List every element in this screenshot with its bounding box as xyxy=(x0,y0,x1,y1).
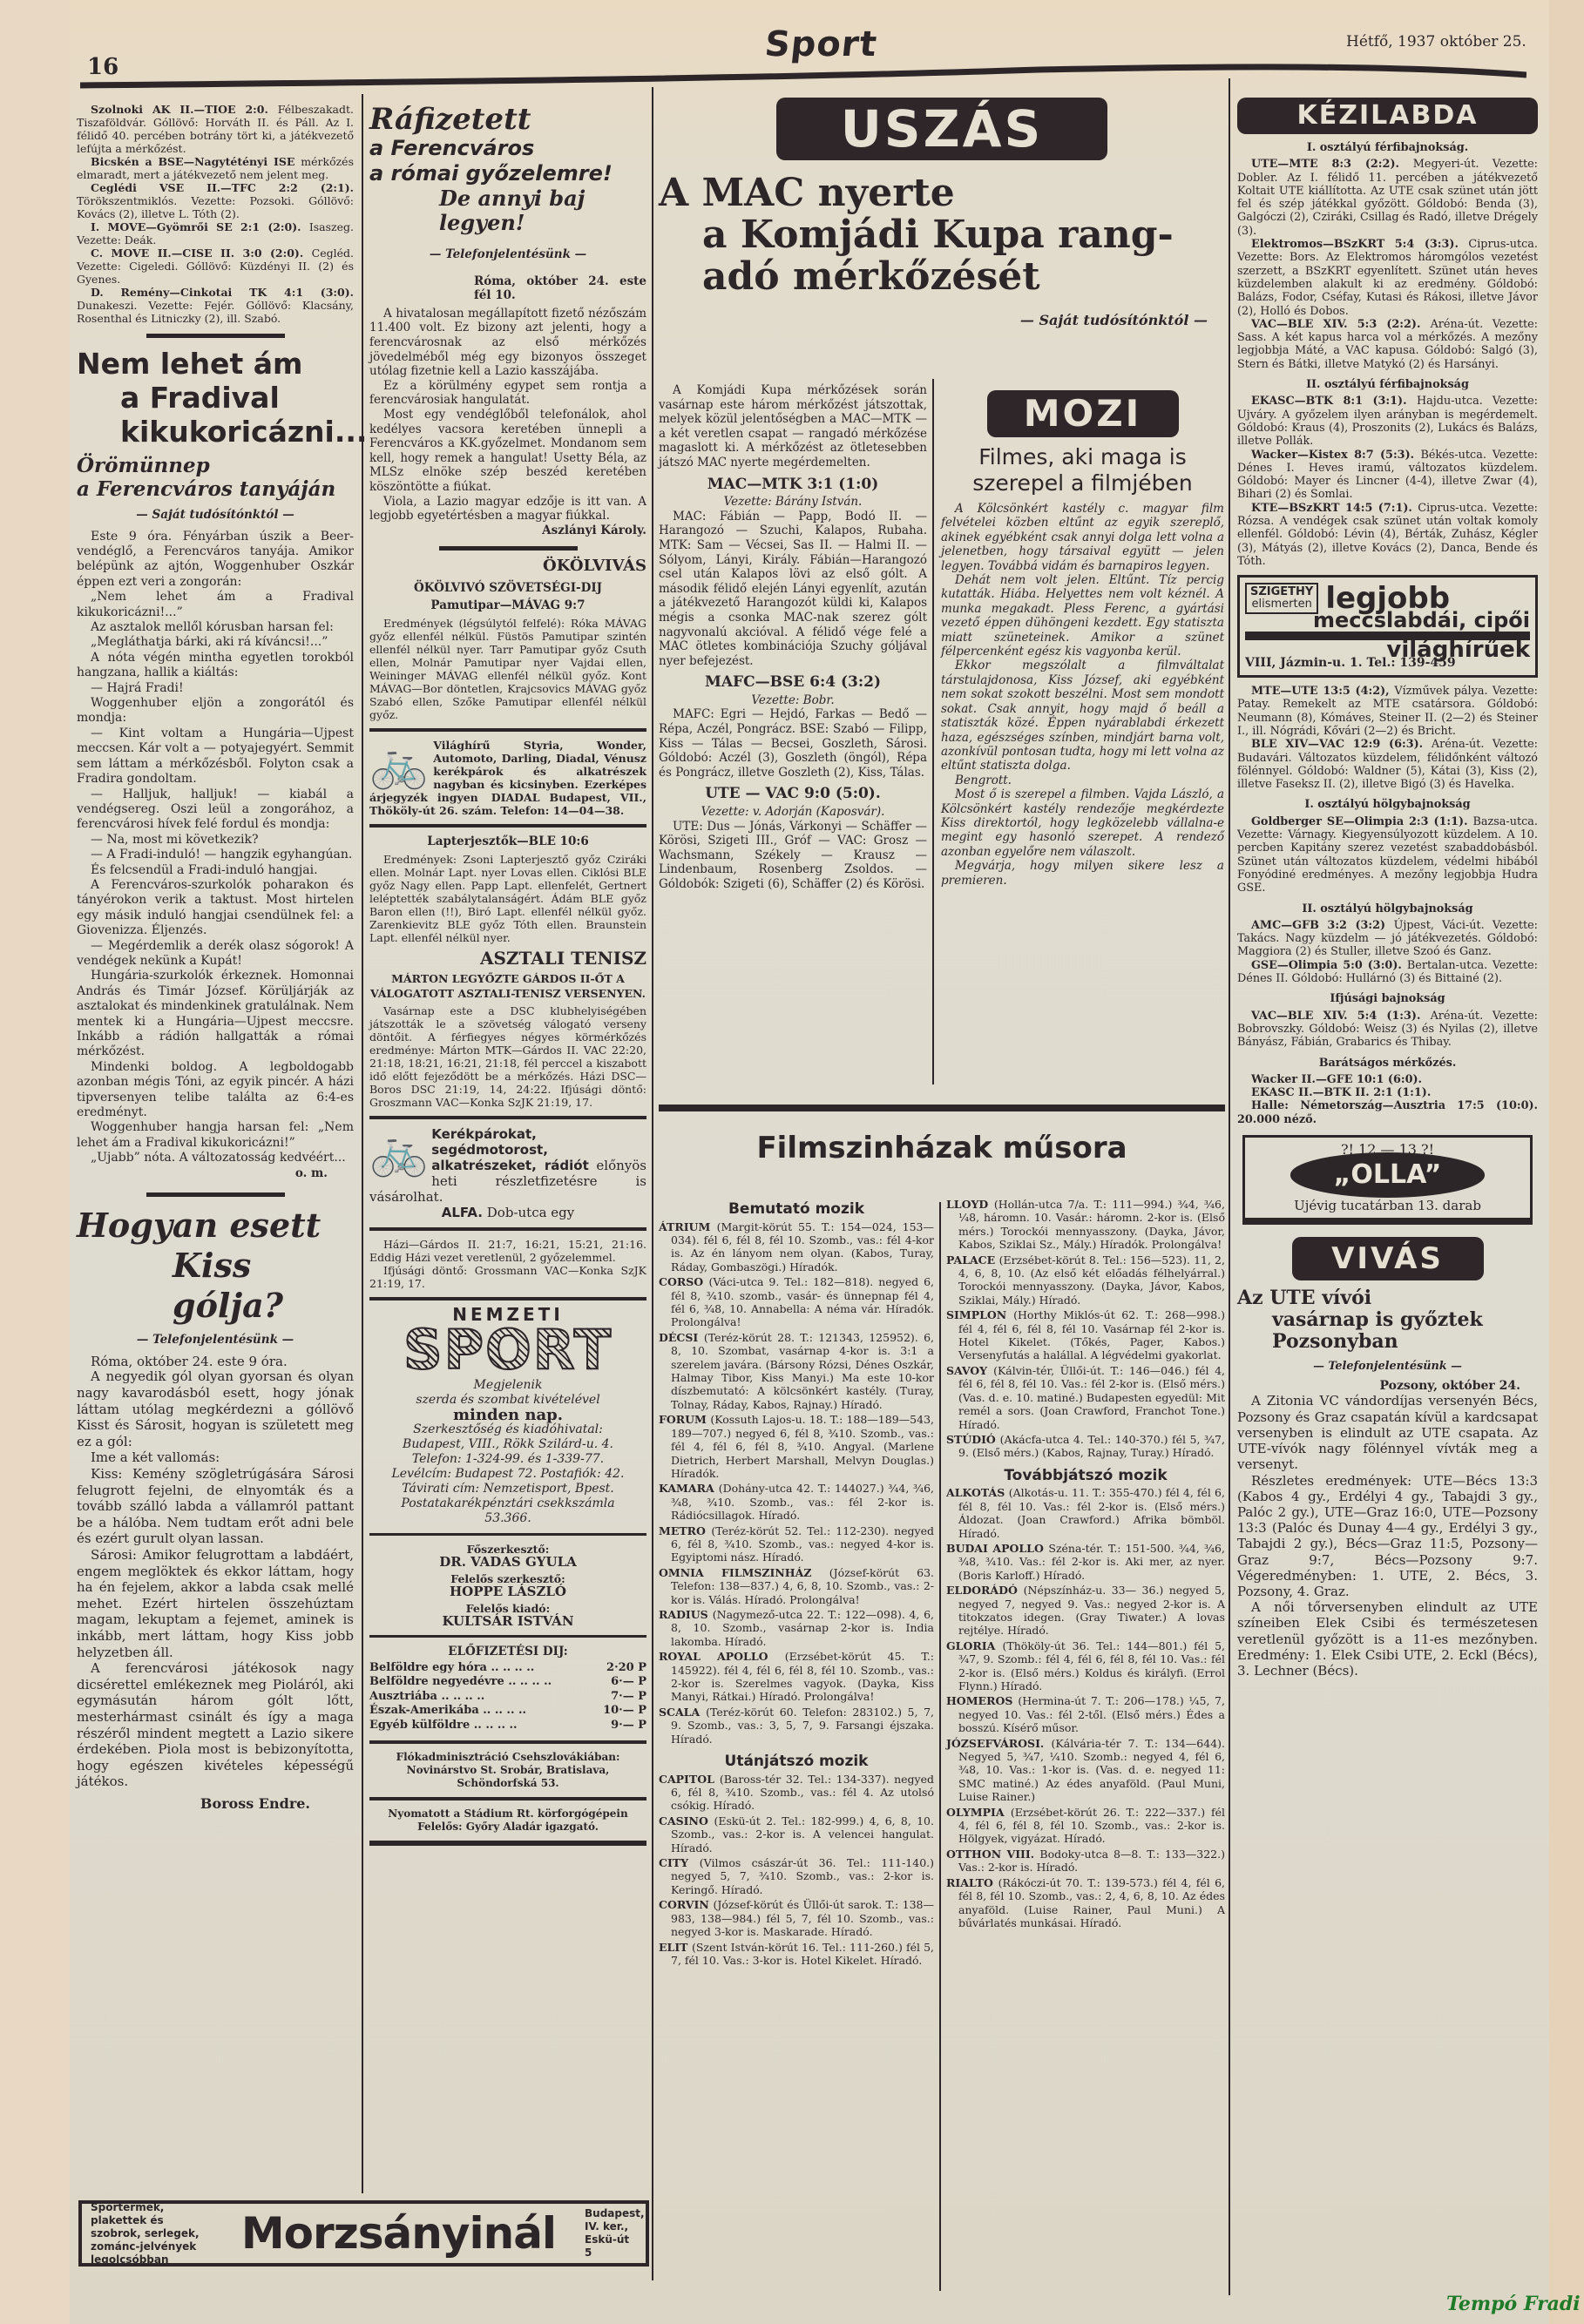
column-rule xyxy=(939,1202,941,2291)
staff-name: DR. VADAS GYULA xyxy=(369,1556,646,1569)
cinema-name: CORVIN xyxy=(659,1898,714,1911)
paragraph: A nóta végén mintha egyetlen torokból ha… xyxy=(77,651,354,681)
paragraph: Dehát nem volt jelen. Eltűnt. Tíz percig… xyxy=(941,573,1224,659)
imprint-line: Távirati cím: Nemzetisport, Bpest. xyxy=(369,1482,646,1496)
cinema-entry: OTTHON VIII. Bodoky-utca 8—8. T.: 133—32… xyxy=(946,1848,1225,1875)
cinema-name: PALACE xyxy=(946,1253,999,1267)
group-heading: I. osztályú férfibajnokság. xyxy=(1237,141,1538,154)
ad-text: meccslabdái, cipői xyxy=(1245,614,1530,627)
paragraph: Ime a két vallomás: xyxy=(77,1449,354,1466)
cinema-name: SCALA xyxy=(659,1706,706,1719)
cinema-name: RIALTO xyxy=(946,1876,998,1889)
paragraph: Ez a körülmény egypet sem rontja a feren… xyxy=(369,379,646,408)
cinema-name: DÉCSI xyxy=(659,1331,704,1344)
divider xyxy=(369,824,646,828)
result-item: Wacker II.—GFE 10:1 (6:0). xyxy=(1237,1073,1538,1086)
paragraph: „Megláthatja bárki, aki rá kíváncsi!...” xyxy=(77,635,354,650)
cinema-entry: METRO (Teréz-körút 52. Tel.: 112-230). n… xyxy=(659,1524,934,1564)
imprint-line: Levélcím: Budapest 72. Postafiók: 42. xyxy=(369,1467,646,1482)
ad-diadal-bicycles: 🚲 Világhírű Styria, Wonder, Automoto, Da… xyxy=(369,739,646,817)
subheading: Lapterjesztők—BLE 10:6 xyxy=(369,834,646,849)
cinema-entry: OMNIA FILMSZINHÁZ (József-körút 63. Tele… xyxy=(659,1566,934,1606)
divider xyxy=(439,546,578,551)
result-item: Ceglédi VSE II.—TFC 2:2 (2:1). Törökszen… xyxy=(77,181,354,220)
section-boxing: ÖKÖLVIVÁS ÖKÖLVIVÓ SZÖVETSÉGI-DIJ Pamuti… xyxy=(369,559,646,943)
cinema-name: SAVOY xyxy=(946,1364,993,1377)
paragraph: Házi—Gárdos II. 21:7, 16:21, 15:21, 21:1… xyxy=(369,1238,646,1264)
cinema-name: METRO xyxy=(659,1524,711,1537)
result-item: Elektromos—BSzKRT 5:4 (3:3). Ciprus-utca… xyxy=(1237,238,1538,318)
paragraph: Mindenki boldog. A legboldogabb azonban … xyxy=(77,1060,354,1121)
subscription-prices: Belföldre egy hóra .. .. .. ..2·20 PBelf… xyxy=(369,1661,646,1733)
cinema-name: SIMPLON xyxy=(946,1308,1013,1321)
ad-text: legjobb xyxy=(1325,592,1450,605)
cinema-entry: CAPITOL (Baross-tér 32. Tel.: 134-337). … xyxy=(659,1773,934,1813)
section-heading: ÖKÖLVIVÁS xyxy=(369,559,646,574)
price-label: Egyéb külföldre .. .. .. .. xyxy=(369,1719,518,1733)
result-head: I. MOVE—Gyömrői SE 2:1 (2:0). xyxy=(91,220,309,233)
price-value: 10·— P xyxy=(603,1704,646,1719)
result-item: UTE—MTE 8:3 (2:2). Megyeri-út. Vezette: … xyxy=(1237,158,1538,238)
headline-line: kikukoricázni... xyxy=(77,415,354,449)
signature: Boross Endre. xyxy=(77,1797,354,1812)
headline-line: Nem lehet ám xyxy=(77,347,354,381)
paragraph: Ifjúsági döntő: Grossmann VAC—Konka SzJK… xyxy=(369,1264,646,1290)
result-head: Ceglédi VSE II.—TFC 2:2 (2:1). xyxy=(91,181,354,194)
staff-name: HOPPE LÁSZLÓ xyxy=(369,1585,646,1598)
ad-brand: DIADAL xyxy=(491,791,540,804)
byline: — Telefonjelentésünk — xyxy=(1237,1360,1538,1373)
cinema-entry: SAVOY (Kálvin-tér, Üllői-út. T.: 146—046… xyxy=(946,1364,1225,1431)
section-cinema-feature: MOZI Filmes, aki maga is szerepel a film… xyxy=(941,383,1224,888)
paragraph: — Kint voltam a Hungária—Ujpest meccsen.… xyxy=(77,726,354,787)
paragraph: Viola, a Lazio magyar edzője is itt van.… xyxy=(369,495,646,524)
result-head: Wacker II.—GFE 10:1 (6:0). xyxy=(1251,1073,1422,1086)
paragraph: Hungária-szurkolók érkeznek. Homonnai An… xyxy=(77,969,354,1059)
cinema-entry: RADIUS (Nagymező-utca 22. T.: 122—098). … xyxy=(659,1608,934,1648)
ad-address: Budapest, IV. ker., Eskü-út 5 xyxy=(585,2207,637,2260)
ad-brand: Morzsányinál xyxy=(213,2208,585,2259)
result-item: C. MOVE II.—CISE II. 3:0 (2:0). Cegléd. … xyxy=(77,247,354,286)
group-heading: II. osztályú férfibajnokság xyxy=(1237,378,1538,391)
swimming-body: A Komjádi Kupa mérkőzések során vasárnap… xyxy=(659,383,927,892)
ad-olla: ?! 12 — 13 ?! „OLLA” Ujévig tucatárban 1… xyxy=(1242,1135,1533,1225)
match-heading: MAC—MTK 3:1 (1:0) xyxy=(659,477,927,492)
cinema-details: (Váci-utca 9. Tel.: 182—818). negyed 6, … xyxy=(671,1275,934,1328)
cinema-entry: RIALTO (Rákóczi-út 70. T.: 139-573.) fél… xyxy=(946,1876,1225,1930)
swimming-banner: USZÁS xyxy=(776,98,1107,160)
paragraph: A Zitonia VC vándordíjas versenyén Bécs,… xyxy=(1237,1393,1538,1472)
result-head: VAC—BLE XIV. 5:3 (2:2). xyxy=(1251,318,1431,331)
ad-text: világhírűek xyxy=(1245,644,1530,657)
divider xyxy=(369,1297,646,1300)
cinema-entry: LLOYD (Hollán-utca 7/a. T.: 111—994.) ¾4… xyxy=(946,1198,1225,1252)
result-item: EKASC—BTK 8:1 (3:1). Hajdu-utca. Vezette… xyxy=(1237,395,1538,448)
column-rule xyxy=(652,87,653,2280)
cinema-listing-title: Filmszinházak műsora xyxy=(659,1131,1225,1165)
cinema-details: (Kossuth Lajos-u. 18. T.: 188—189—543, 1… xyxy=(671,1413,934,1480)
cinema-name: GLORIA xyxy=(946,1639,1003,1652)
imprint-line: Szerkesztőség és kiadóhivatal: xyxy=(369,1422,646,1437)
paragraph: „Nem lehet ám a Fradival kikukoricázni!.… xyxy=(77,590,354,620)
paragraph: És felcsendül a Fradi-induló hangjai. xyxy=(77,863,354,878)
paragraph: Woggenhuber hangja harsan fel: „Nem lehe… xyxy=(77,1120,354,1151)
result-head: C. MOVE II.—CISE II. 3:0 (2:0). xyxy=(91,247,312,260)
match-report: MAFC: Egri — Hejdó, Farkas — Bedő — Répa… xyxy=(659,707,927,780)
paragraph: Sárosi: Amikor felugrottam a labdáért, e… xyxy=(77,1547,354,1660)
paragraph: — Halljuk, halljuk! — kiabál a vendégser… xyxy=(77,787,354,833)
paragraph: A hivatalosan megállapított fizető nézős… xyxy=(369,307,646,379)
cinema-details: (Teréz-körút 60. Telefon: 283102.) 5, 7,… xyxy=(671,1706,934,1746)
article-kiss-goal: Hogyan esett Kiss gólja? — Telefonjelent… xyxy=(77,1206,354,1811)
price-label: Észak-Amerikába .. .. .. .. xyxy=(369,1704,526,1719)
result-item: D. Remény—Cinkotai TK 4:1 (3:0). Dunakes… xyxy=(77,286,354,325)
result-head: VAC—BLE XIV. 5:4 (1:3). xyxy=(1251,1010,1431,1023)
paragraph: Halle: Németország—Ausztria 17:5 (10:0).… xyxy=(1237,1099,1538,1126)
cinema-details: (Teréz-körút 52. Tel.: 112-230). negyed … xyxy=(671,1524,934,1564)
cinema-entry: KAMARA (Dohány-utca 42. T.: 144027.) ¾4,… xyxy=(659,1482,934,1522)
bicycle-icon: 🚲 xyxy=(369,739,428,787)
price-row: Belföldre negyedévre .. .. .. ..6·— P xyxy=(369,1675,646,1690)
cinema-name: KAMARA xyxy=(659,1482,719,1495)
group-heading: I. osztályú hölgybajnokság xyxy=(1237,798,1538,811)
section-table-tennis: ASZTALI TENISZ MÁRTON LEGYŐZTE GÁRDOS II… xyxy=(369,951,646,1291)
divider xyxy=(369,728,646,732)
column-1: Szolnoki AK II.—TIOE 2:0. Félbeszakadt. … xyxy=(77,103,354,1811)
paragraph: Ekkor megszólalt a filmváltalat társtula… xyxy=(941,659,1224,773)
staff-list: Főszerkesztő:DR. VADAS GYULAFelelős szer… xyxy=(369,1543,646,1628)
divider xyxy=(369,1841,646,1846)
paragraph: Most ő is szerepel a filmben. Vajda Lász… xyxy=(941,787,1224,859)
byline: — Telefonjelentésünk — xyxy=(77,1333,354,1348)
subheading: MÁRTON LEGYŐZTE GÁRDOS II-ŐT A VÁLOGATOT… xyxy=(369,972,646,1001)
byline: — Saját tudósítónktól — xyxy=(77,508,354,523)
cinema-entry: CORSO (Váci-utca 9. Tel.: 182—818). negy… xyxy=(659,1275,934,1329)
cinema-entry: CASINO (Eskü-út 2. Tel.: 182-999.) 4, 6,… xyxy=(659,1814,934,1854)
result-item: BLE XIV—VAC 12:9 (6:3). Aréna-út. Vezett… xyxy=(1237,738,1538,791)
divider xyxy=(369,1635,646,1638)
cinema-name: LLOYD xyxy=(946,1198,994,1211)
article-body: Este 9 óra. Fényárban úszik a Beer-vendé… xyxy=(77,530,354,1166)
result-head: KTE—BSzKRT 14:5 (7:1). xyxy=(1251,502,1418,515)
cinema-name: CAPITOL xyxy=(659,1773,720,1786)
match-referee: Vezette: v. Adorján (Kaposvár). xyxy=(659,805,927,820)
cinema-name: OMNIA FILMSZINHÁZ xyxy=(659,1566,829,1579)
divider xyxy=(146,1192,285,1197)
paragraph: Eredmények: Zsoni Lapterjesztő győz Czir… xyxy=(369,853,646,944)
section-heading: ASZTALI TENISZ xyxy=(369,951,646,966)
branch-office: Flókadminisztráció Csehszlovákiában: Nov… xyxy=(369,1751,646,1790)
cinema-entry: ELDORÁDÓ (Népszínház-u. 33— 36.) negyed … xyxy=(946,1584,1225,1638)
subheadline-line: legyen! xyxy=(439,211,646,235)
group-heading: Barátságos mérkőzés. xyxy=(1237,1057,1538,1070)
group-heading: II. osztályú hölgybajnokság xyxy=(1237,902,1538,915)
cinema-listing-right: LLOYD (Hollán-utca 7/a. T.: 111—994.) ¾4… xyxy=(946,1198,1225,1931)
match-report: UTE: Dus — Jónás, Várkonyi — Schäffer — … xyxy=(659,820,927,892)
match-report: MAC: Fábián — Papp, Bodó II. — Harangozó… xyxy=(659,510,927,669)
result-head: UTE—MTE 8:3 (2:2). xyxy=(1251,158,1413,171)
group-heading: Ifjúsági bajnokság xyxy=(1237,992,1538,1005)
result-head: D. Remény—Cinkotai TK 4:1 (3:0). xyxy=(91,286,354,299)
subheadline-line: a Ferencváros tanyáján xyxy=(77,477,354,501)
ad-text: ?! 12 — 13 ?! xyxy=(1250,1143,1525,1156)
result-head: Szolnoki AK II.—TIOE 2:0. xyxy=(91,103,278,116)
page-edge xyxy=(1549,0,1584,2324)
cinema-details: (Vilmos császár-út 36. Tel.: 111-140.) n… xyxy=(671,1856,934,1896)
cinema-entry: CORVIN (József-körút és Üllői-út sarok. … xyxy=(659,1898,934,1938)
headline-line: Kiss gólja? xyxy=(77,1246,354,1326)
headline-line: vasárnap is győztek xyxy=(1237,1309,1538,1331)
column-rule xyxy=(932,379,934,1084)
nemzeti-sport-logo: NEMZETI SPORT xyxy=(369,1307,646,1378)
article-body: A Kölcsönkért kastély c. magyar film fel… xyxy=(941,502,1224,888)
header-rule xyxy=(80,63,1526,89)
article-body: A negyedik gól olyan gyorsan és olyan na… xyxy=(77,1368,354,1789)
fencing-headline: Az UTE vívói vasárnap is győztek Pozsony… xyxy=(1237,1287,1538,1353)
paragraph: — Megérdemlik a derék olasz sógorok! A v… xyxy=(77,939,354,969)
paragraph: Az asztalok mellől kórusban harsan fel: xyxy=(77,620,354,635)
paragraph: Bengrott. xyxy=(941,774,1224,787)
result-head: Goldberger SE—Olimpia 2:3 (1:1). xyxy=(1251,815,1472,828)
logo-main: SPORT xyxy=(369,1322,646,1378)
bicycle-icon: 🚲 xyxy=(369,1126,428,1177)
cinema-entry: OLYMPIA (Erzsébet-körút 26. T.: 222—337.… xyxy=(946,1806,1225,1846)
headline-line: A MAC nyerte xyxy=(659,172,1225,214)
price-value: 9·— P xyxy=(611,1719,646,1733)
headline-line: a római győzelemre! xyxy=(369,161,646,186)
byline: — Telefonjelentésünk — xyxy=(369,247,646,262)
cinema-name: OLYMPIA xyxy=(946,1806,1011,1819)
result-head: BLE XIV—VAC 12:9 (6:3). xyxy=(1251,738,1432,751)
result-text: Törökszentmiklós. Vezette: Pozsoki. Góll… xyxy=(77,194,354,220)
divider xyxy=(369,1116,646,1119)
match-heading: MAFC—BSE 6:4 (3:2) xyxy=(659,675,927,690)
imprint-info: Megjelenikszerda és szombat kivételévelm… xyxy=(369,1378,646,1526)
match-referee: Vezette: Bárány István. xyxy=(659,495,927,510)
cinema-name: CASINO xyxy=(659,1814,714,1827)
imprint-line: Budapest, VIII., Rökk Szilárd-u. 4. xyxy=(369,1437,646,1452)
cinema-entry: DÉCSI (Teréz-körút 28. T.: 121343, 12595… xyxy=(659,1331,934,1411)
price-label: Belföldre negyedévre .. .. .. .. xyxy=(369,1675,552,1690)
result-item: VAC—BLE XIV. 5:4 (1:3). Aréna-út. Vezett… xyxy=(1237,1010,1538,1050)
paragraph: A Ferencváros-szurkolók poharakon és tán… xyxy=(77,878,354,939)
column-5: KÉZILABDA I. osztályú férfibajnokság.UTE… xyxy=(1237,98,1538,1679)
paragraph: Vasárnap este a DSC klubhelyiségében ját… xyxy=(369,1004,646,1109)
listing-heading: Bemutató mozik xyxy=(659,1202,934,1217)
ad-address: Dob-utca egy xyxy=(487,1205,574,1220)
masthead-logo: Sport xyxy=(763,24,880,64)
result-head: EKASC—BTK 8:1 (3:1). xyxy=(1251,395,1417,408)
result-item: Goldberger SE—Olimpia 2:3 (1:1). Bazsa-u… xyxy=(1237,815,1538,895)
section-swimming: USZÁS A MAC nyerte a Komjádi Kupa rang- … xyxy=(659,98,1225,335)
article-fradi-celebration: Nem lehet ám a Fradival kikukoricázni...… xyxy=(77,347,354,1180)
swimming-headline: A MAC nyerte a Komjádi Kupa rang- adó mé… xyxy=(659,172,1225,298)
price-row: Ausztriába .. .. .. ..7·— P xyxy=(369,1690,646,1705)
cinema-entry: ALKOTÁS (Alkotás-u. 11. T.: 355-470.) fé… xyxy=(946,1486,1225,1540)
result-head: Wacker—Kistex 8:7 (5:3). xyxy=(1251,449,1420,462)
cinema-entry: STÚDIÓ (Akácfa-utca 4. Tel.: 140-370.) f… xyxy=(946,1433,1225,1460)
result-item: KTE—BSzKRT 14:5 (7:1). Ciprus-utca. Veze… xyxy=(1237,502,1538,568)
paragraph: Részletes eredmények: UTE—Bécs 13:3 (Kab… xyxy=(1237,1473,1538,1600)
paragraph: Woggenhuber eljön a zongorától és mondja… xyxy=(77,696,354,726)
result-item: EKASC II.—BTK II. 2:1 (1:1). xyxy=(1237,1086,1538,1099)
result-head: EKASC II.—BTK II. 2:1 (1:1). xyxy=(1251,1086,1431,1099)
headline-line: Ráfizetett xyxy=(369,103,646,136)
match-referee: Vezette: Bobr. xyxy=(659,693,927,708)
cinema-name: BUDAI APOLLO xyxy=(946,1542,1048,1555)
result-item: MTE—UTE 13:5 (4:2), Vízművek pálya. Veze… xyxy=(1237,685,1538,738)
paragraph: A ferencvárosi játékosok nagy dicsérette… xyxy=(77,1660,354,1790)
cinema-banner: MOZI xyxy=(987,390,1179,437)
paragraph: A női tőrversenyben elindult az UTE szín… xyxy=(1237,1599,1538,1679)
cinema-name: ALKOTÁS xyxy=(946,1486,1009,1499)
cinema-entry: BUDAI APOLLO Széna-tér. T.: 151-500. ¾4,… xyxy=(946,1542,1225,1582)
paragraph: Megvárja, hogy milyen sikere lesz a prem… xyxy=(941,859,1224,888)
cinema-entry: GLORIA (Thököly-út 36. Tel.: 144—801.) f… xyxy=(946,1639,1225,1693)
cinema-name: ELDORÁDÓ xyxy=(946,1584,1024,1597)
imprint-line: 53.366. xyxy=(369,1511,646,1526)
price-row: Belföldre egy hóra .. .. .. ..2·20 P xyxy=(369,1661,646,1676)
cinema-entry: FORUM (Kossuth Lajos-u. 18. T.: 188—189—… xyxy=(659,1413,934,1480)
cinema-name: JÓZSEFVÁROSI. xyxy=(946,1737,1052,1750)
paragraph: — A Fradi-induló! — hangzik egyhangúan. xyxy=(77,848,354,862)
article-body: A Zitonia VC vándordíjas versenyén Bécs,… xyxy=(1237,1393,1538,1679)
cinema-entry: CITY (Vilmos császár-út 36. Tel.: 111-14… xyxy=(659,1856,934,1896)
cinema-details: (Teréz-körút 28. T.: 121343, 125952). 6,… xyxy=(671,1331,934,1411)
result-item: Wacker—Kistex 8:7 (5:3). Békés-utca. Vez… xyxy=(1237,449,1538,502)
paragraph: Kiss: Kemény szögletrúgására Sárosi felu… xyxy=(77,1466,354,1547)
imprint-line: Postatakarékpénztári csekkszámla xyxy=(369,1496,646,1511)
fencing-banner: VIVÁS xyxy=(1292,1237,1484,1280)
result-item: GSE—Olimpia 5:0 (3:0). Bertalan-utca. Ve… xyxy=(1237,959,1538,986)
ad-text: Ujévig tucatárban 13. darab xyxy=(1250,1199,1525,1213)
paragraph: A Komjádi Kupa mérkőzések során vasárnap… xyxy=(659,383,927,470)
listing-heading: Utánjátszó mozik xyxy=(659,1754,934,1769)
result-head: GSE—Olimpia 5:0 (3:0). xyxy=(1251,959,1407,972)
result-item: Szolnoki AK II.—TIOE 2:0. Félbeszakadt. … xyxy=(77,103,354,155)
column-2: Ráfizetett a Ferencváros a római győzele… xyxy=(369,103,646,1853)
cinema-details: (Rákóczi-út 70. T.: 139-573.) fél 4, fél… xyxy=(958,1876,1225,1929)
ad-brand: SZIGETHY xyxy=(1250,586,1313,598)
imprint-line: Telefon: 1-324-99. és 1-339-77. xyxy=(369,1452,646,1467)
divider xyxy=(369,1740,646,1744)
price-value: 2·20 P xyxy=(606,1661,646,1676)
ad-bold-text: Kerékpárokat, segédmotorost, alkatrészek… xyxy=(431,1126,589,1173)
result-head: MTE—UTE 13:5 (4:2), xyxy=(1251,685,1394,698)
cinema-details: (Hollán-utca 7/a. T.: 111—994.) ¾4, ¾6, … xyxy=(958,1198,1225,1251)
paragraph: A Kölcsönkért kastély c. magyar film fel… xyxy=(941,502,1224,573)
cinema-listing: Filmszinházak műsora xyxy=(659,1105,1225,1165)
handball-results-more: MTE—UTE 13:5 (4:2), Vízművek pálya. Veze… xyxy=(1237,685,1538,791)
paragraph: — Hajrá Fradi! xyxy=(77,681,354,696)
subheading: ÖKÖLVIVÓ SZÖVETSÉGI-DIJ xyxy=(369,581,646,596)
column-rule xyxy=(362,94,363,2193)
cinema-name: RADIUS xyxy=(659,1608,713,1621)
ad-szigethy: SZIGETHY elismerten legjobb meccslabdái,… xyxy=(1237,575,1538,678)
match-heading: UTE — VAC 9:0 (5:0). xyxy=(659,787,927,801)
cinema-name: HOMEROS xyxy=(946,1694,1018,1707)
headline-line: a Ferencváros xyxy=(369,136,646,161)
headline-line: adó mérkőzését xyxy=(659,256,1225,298)
result-item: VAC—BLE XIV. 5:3 (2:2). Aréna-út. Vezett… xyxy=(1237,318,1538,371)
cinema-name: ÁTRIUM xyxy=(659,1220,717,1233)
subheadline-line: Örömünnep xyxy=(77,454,354,477)
cinema-entry: ELIT (Szent István-körút 16. Tel.: 111-2… xyxy=(659,1941,934,1968)
cinema-name: FORUM xyxy=(659,1413,710,1426)
handball-women-results: I. osztályú hölgybajnokságGoldberger SE—… xyxy=(1237,798,1538,1099)
ad-brand: ALFA. xyxy=(442,1205,483,1220)
ad-text: Sportérmek, plakettek és szobrok, serleg… xyxy=(91,2201,213,2267)
cinema-name: OTTHON VIII. xyxy=(946,1848,1039,1861)
cinema-name: ELIT xyxy=(659,1941,692,1954)
handball-results: I. osztályú férfibajnokság.UTE—MTE 8:3 (… xyxy=(1237,141,1538,568)
ad-morzsanyi: Sportérmek, plakettek és szobrok, serleg… xyxy=(78,2200,649,2267)
ad-brand: „OLLA” xyxy=(1299,1161,1477,1188)
result-text: Dunakeszi. Vezette: Fejér. Góllövő: Klac… xyxy=(77,299,354,325)
headline-line: Pozsonyban xyxy=(1237,1331,1538,1353)
cinema-details: (Kálvin-tér, Üllői-út. T.: 146—046.) fél… xyxy=(958,1364,1225,1431)
listing-heading: Továbbjátszó mozik xyxy=(946,1469,1225,1483)
watermark: Tempó Fradi xyxy=(1446,2293,1581,2315)
headline-line: Filmes, aki maga is xyxy=(941,444,1224,470)
price-label: Belföldre egy hóra .. .. .. .. xyxy=(369,1661,534,1676)
cinema-entry: SCALA (Teréz-körút 60. Telefon: 283102.)… xyxy=(659,1706,934,1746)
subheadline-line: De annyi baj xyxy=(439,186,646,211)
paragraph: Este 9 óra. Fényárban úszik a Beer-vendé… xyxy=(77,530,354,591)
signature: o. m. xyxy=(77,1166,354,1181)
article-ferencvaros-paid: Ráfizetett a Ferencváros a római győzele… xyxy=(369,103,646,537)
ad-alfa: 🚲 Kerékpárokat, segédmotorost, alkatrész… xyxy=(369,1126,646,1220)
headline-line: Az UTE vívói xyxy=(1237,1287,1538,1309)
result-item: AMC—GFB 3:2 (3:2) Újpest, Váci-út. Vezet… xyxy=(1237,919,1538,959)
price-row: Egyéb külföldre .. .. .. ..9·— P xyxy=(369,1719,646,1733)
price-value: 6·— P xyxy=(611,1675,646,1690)
cinema-name: CITY xyxy=(659,1856,700,1869)
subscription-title: ELŐFIZETÉSI DIJ: xyxy=(369,1645,646,1659)
result-item: I. MOVE—Gyömrői SE 2:1 (2:0). Isaszeg. V… xyxy=(77,220,354,247)
headline-line: Hogyan esett xyxy=(77,1206,354,1246)
imprint-line: minden nap. xyxy=(369,1408,646,1422)
paragraph: Most egy vendéglőből telefonálok, ahol k… xyxy=(369,408,646,495)
paragraph: Eredmények (légsúlytól felfelé): Róka MÁ… xyxy=(369,617,646,721)
dateline: Róma, október 24. este fél 10. xyxy=(369,274,646,303)
cinema-name: STÚDIÓ xyxy=(946,1433,1000,1446)
divider xyxy=(369,1227,646,1231)
imprint-box: NEMZETI SPORT Megjelenikszerda és szomba… xyxy=(369,1307,646,1845)
cinema-details: (Erzsébet-körút 8. Tel.: 156—523). 11, 2… xyxy=(958,1253,1225,1307)
issue-date: Hétfő, 1937 október 25. xyxy=(1346,33,1526,51)
cinema-entry: JÓZSEFVÁROSI. (Kálvária-tér 7. T.: 134—6… xyxy=(946,1737,1225,1804)
cinema-listing-left: Bemutató mozikÁTRIUM (Margit-körút 55. T… xyxy=(659,1193,934,1969)
cinema-entry: ÁTRIUM (Margit-körút 55. T.: 154—024, 15… xyxy=(659,1220,934,1274)
dateline: Pozsony, október 24. xyxy=(1237,1380,1538,1393)
result-head: Elektromos—BSzKRT 5:4 (3:3). xyxy=(1251,238,1468,251)
cinema-details: (Szent István-körút 16. Tel.: 111-260.) … xyxy=(671,1941,934,1967)
cinema-entry: ROYAL APOLLO (Erzsébet-körút 45. T.: 145… xyxy=(659,1650,934,1704)
football-results: Szolnoki AK II.—TIOE 2:0. Félbeszakadt. … xyxy=(77,103,354,325)
price-value: 7·— P xyxy=(611,1690,646,1705)
cinema-entry: SIMPLON (Horthy Miklós-út 62. T.: 268—99… xyxy=(946,1308,1225,1362)
signature: Aszlányi Károly. xyxy=(369,524,646,538)
staff-name: KULTSÁR ISTVÁN xyxy=(369,1615,646,1628)
headline-line: a Fradival xyxy=(77,381,354,415)
cinema-entry: HOMEROS (Hermina-út 7. T.: 206—178.) ¼5,… xyxy=(946,1694,1225,1734)
cinema-name: CORSO xyxy=(659,1275,708,1288)
ad-text: elismerten xyxy=(1250,598,1313,611)
cinema-entry: PALACE (Erzsébet-körút 8. Tel.: 156—523)… xyxy=(946,1253,1225,1307)
column-rule xyxy=(1229,78,1230,2295)
subheading: Pamutipar—MÁVAG 9:7 xyxy=(369,598,646,613)
